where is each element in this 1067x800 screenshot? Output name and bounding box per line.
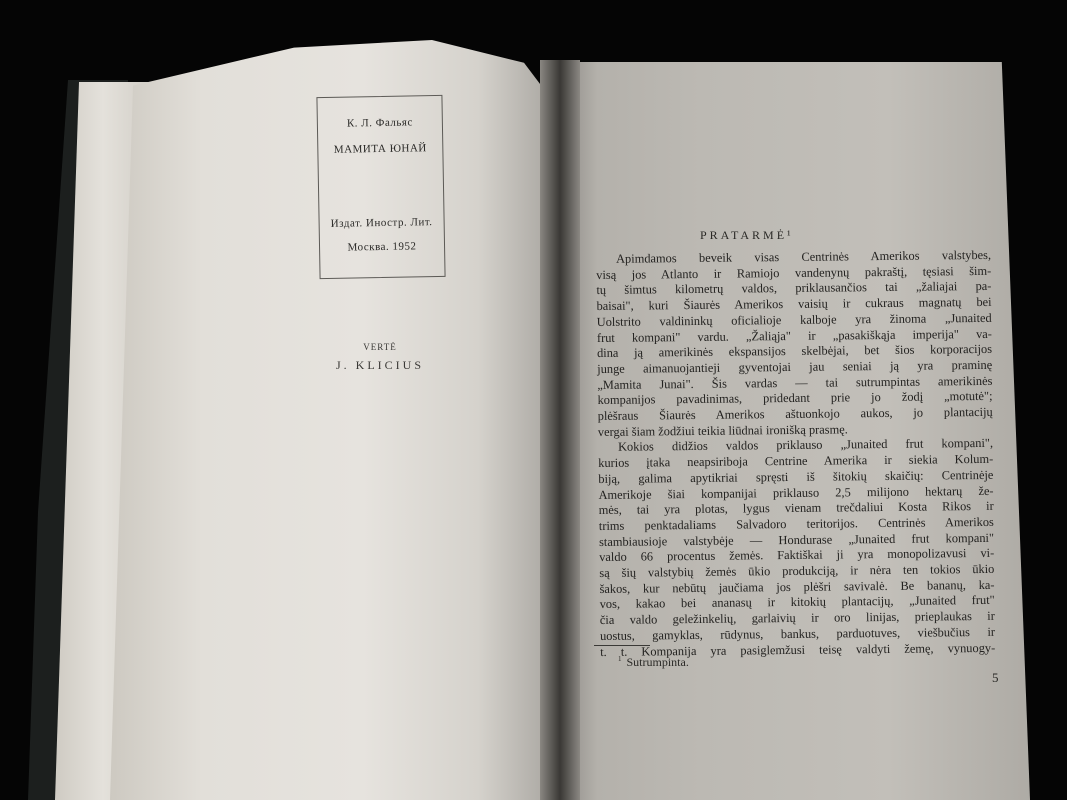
imprint-city-year: Москва. 1952 (320, 240, 444, 254)
imprint-author: К. Л. Фальяс (318, 116, 442, 130)
book-gutter (540, 60, 580, 800)
footnote-rule (594, 645, 650, 646)
imprint-title: МАМИТА ЮНАЙ (318, 142, 442, 156)
footnote: 1Sutrumpinta. (618, 655, 689, 670)
footnote-text: Sutrumpinta. (627, 655, 689, 669)
chapter-heading: PRATARMĖ¹ (700, 228, 794, 243)
translator-name: J. KLICIUS (325, 358, 435, 373)
footnote-marker: 1 (618, 655, 622, 663)
translator-block: VERTĖ J. KLICIUS (325, 342, 435, 373)
imprint-publisher: Издат. Иностр. Лит. (320, 216, 444, 230)
imprint-box: К. Л. Фальяс МАМИТА ЮНАЙ Издат. Иностр. … (316, 95, 445, 279)
body-text: Apimdamos beveik visas Centrinės Ameriko… (596, 248, 995, 660)
translator-label: VERTĖ (325, 342, 435, 352)
page-number: 5 (992, 670, 999, 686)
